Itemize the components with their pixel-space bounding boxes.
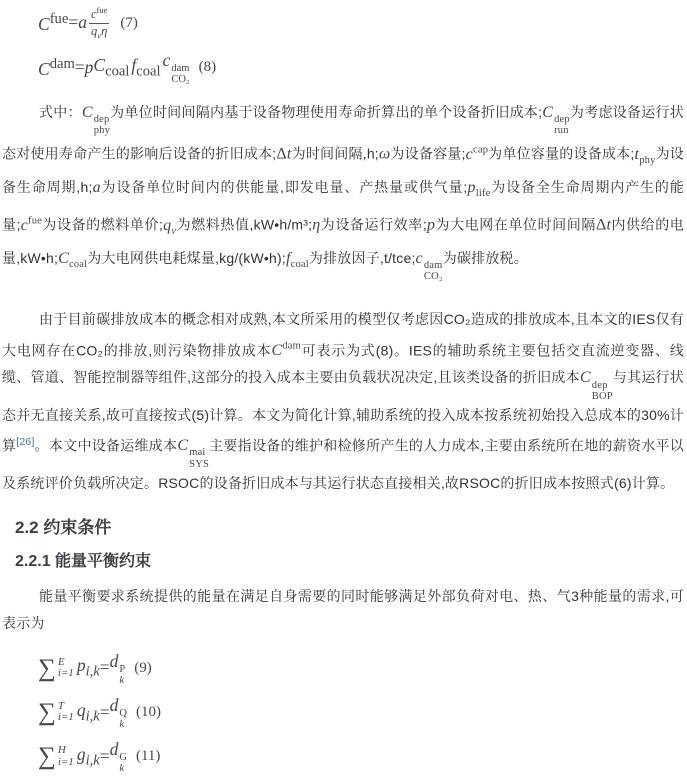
citation-ref-26[interactable]: [26] [16, 436, 34, 448]
equation-8: Cdam=pCcoalfcoalcdamCO₂(8) [38, 50, 684, 85]
math-var: ccap [466, 146, 488, 163]
equals-sign: = [100, 702, 110, 724]
paragraph-emission-cost: 由于目前碳排放成本的概念相对成熟,本文所采用的模型仅考虑因CO₂造成的排放成本,… [2, 306, 684, 497]
math-var: CdepBOP [580, 369, 613, 386]
equation-number: (7) [120, 14, 138, 33]
math-var: cdamCO₂ [163, 50, 190, 85]
math-var: a [93, 179, 101, 196]
equation-9: ∑Ei=1pi,k=dPk(9) [38, 651, 684, 686]
math-coef: a [78, 12, 87, 34]
math-var: Ccoal [93, 55, 129, 81]
math-var: Δt [276, 146, 291, 163]
subsection-heading-2-2-1: 2.2.1 能量平衡约束 [15, 548, 684, 571]
sum-symbol: ∑ [38, 700, 56, 725]
math-var: p [85, 57, 94, 79]
math-var: cdamCO₂ [416, 250, 443, 267]
math-var: dGk [110, 739, 127, 774]
math-var: gi,k [77, 744, 100, 770]
math-var: qν [163, 217, 176, 234]
math-var: Cdeprun [542, 104, 570, 121]
equation-11: ∑Hi=1gi,k=dGk(11) [38, 739, 684, 774]
math-var: ω [379, 146, 391, 163]
section-heading-2-2: 2.2 约束条件 [15, 513, 684, 538]
math-lhs: Cfue [38, 10, 68, 36]
math-var: cfue [21, 217, 42, 234]
equation-number: (10) [136, 703, 161, 722]
document-page: Cfue=a cfue qνη (7) Cdam=pCcoalfcoalcdam… [0, 0, 687, 774]
equation-7: Cfue=a cfue qνη (7) [38, 5, 684, 41]
math-var: pi,k [77, 655, 100, 681]
sum-symbol: ∑ [38, 656, 56, 681]
math-var: p [427, 217, 435, 234]
sum-symbol: ∑ [38, 744, 56, 769]
paragraph-energy-balance: 能量平衡要求系统提供的能量在满足自身需要的同时能够满足外部负荷对电、热、气3种能… [2, 583, 684, 637]
equals-sign: = [100, 657, 110, 679]
math-lhs: Cdam [38, 55, 75, 81]
fraction: cfue qνη [89, 5, 109, 41]
math-var: Cdam [271, 342, 301, 359]
math-var: qi,k [77, 700, 100, 726]
equation-number: (8) [199, 58, 217, 77]
math-var: dPk [110, 651, 126, 686]
math-var: tphy [635, 146, 656, 163]
equation-number: (11) [136, 747, 160, 766]
math-var: dQk [110, 695, 127, 730]
equation-number: (9) [134, 659, 152, 678]
math-var: fcoal [286, 250, 309, 267]
math-var: Δt [596, 217, 611, 234]
equals-sign: = [68, 12, 78, 34]
paragraph-symbol-definitions: 式中：Cdepphy为单位时间间隔内基于设备物理使用寿命折算出的单个设备折旧成本… [2, 99, 684, 282]
math-var: Ccoal [58, 250, 87, 267]
math-var: CmaiSYS [177, 437, 209, 454]
equals-sign: = [75, 57, 85, 79]
math-var: Cdepphy [82, 104, 110, 121]
equals-sign: = [100, 746, 110, 768]
math-var: plife [468, 179, 491, 196]
equation-10: ∑Ti=1qi,k=dQk(10) [38, 695, 684, 730]
math-var: fcoal [131, 55, 160, 81]
